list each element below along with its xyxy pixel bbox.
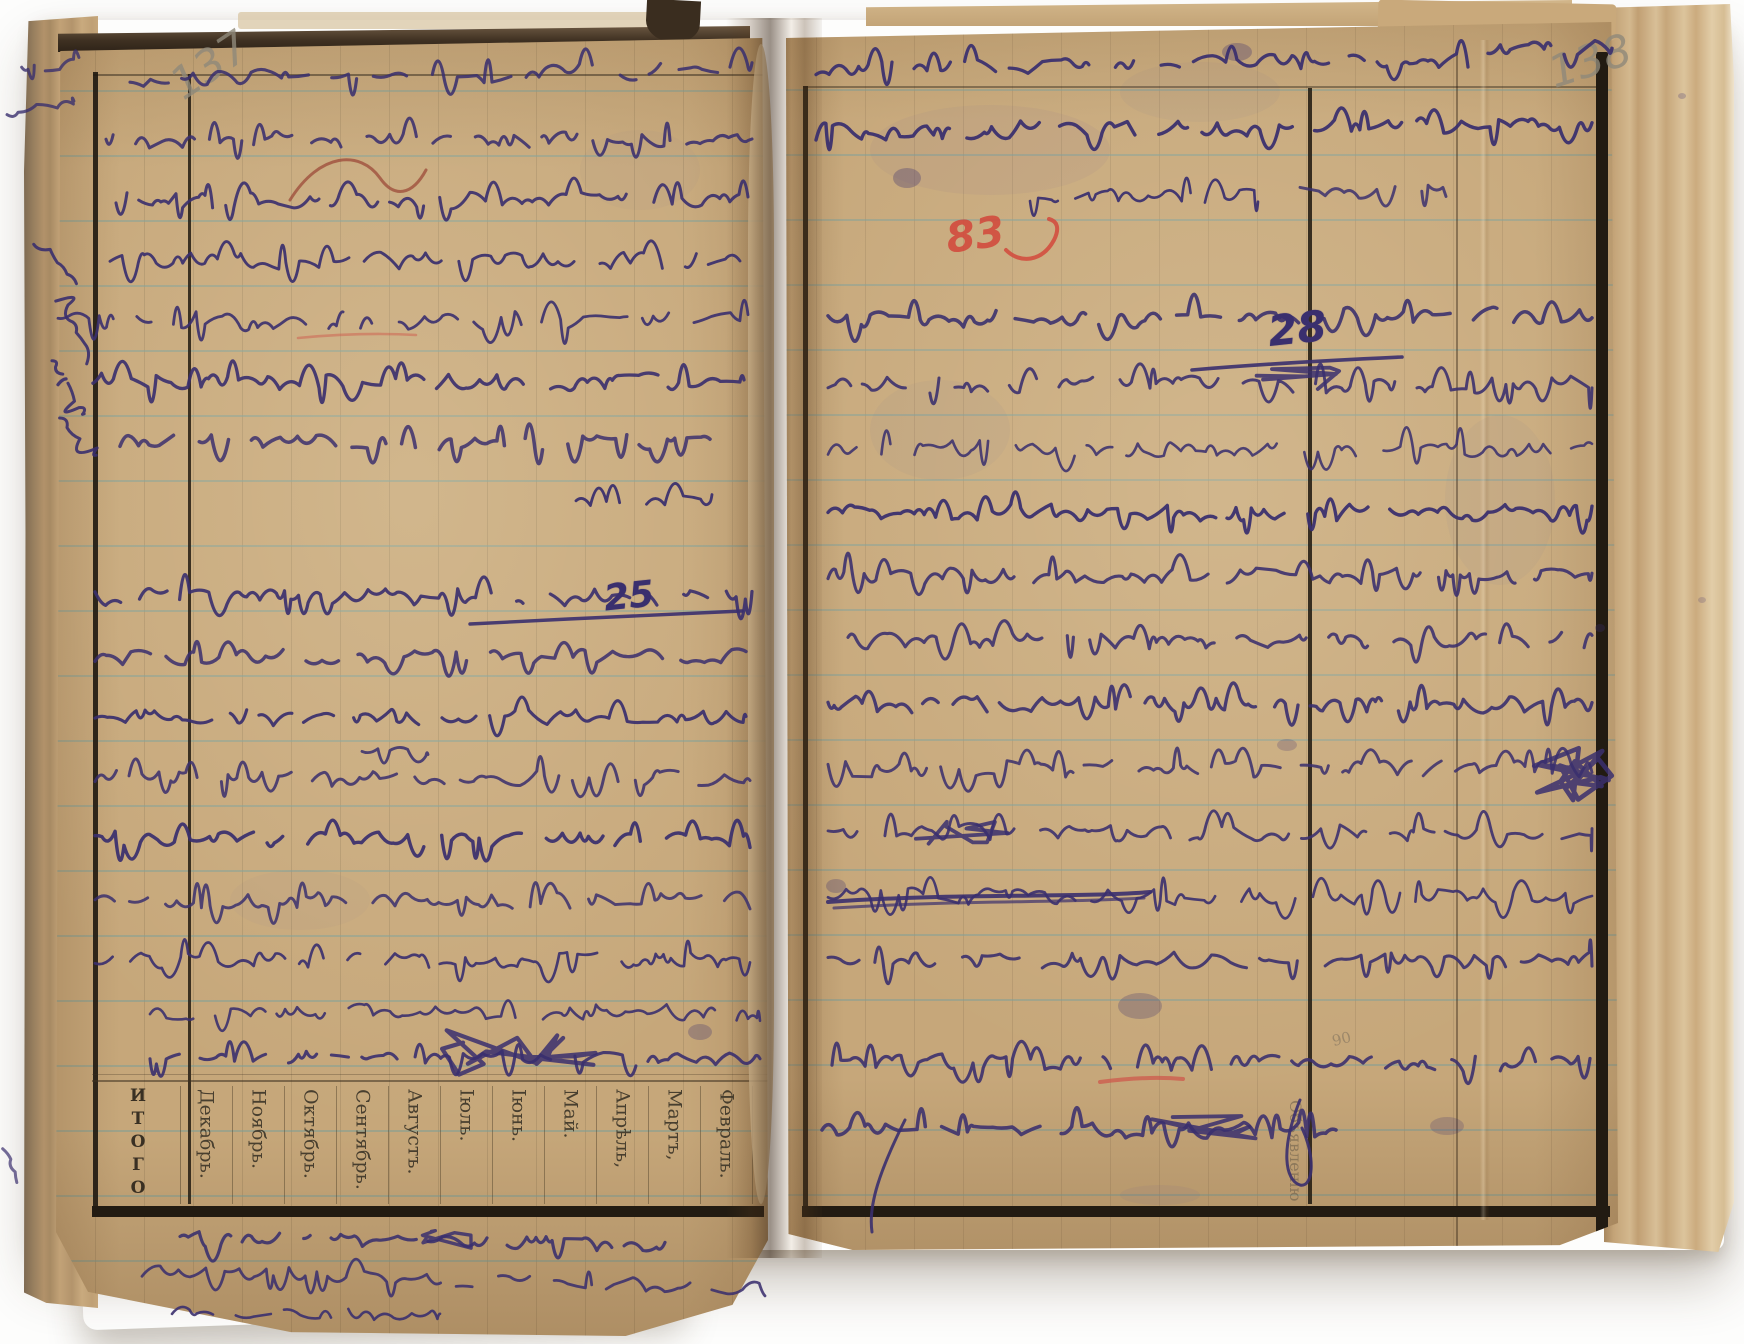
month-cell: Октябрь. — [285, 1086, 337, 1204]
upper-page-edge-sliver — [238, 12, 662, 29]
red-pencil-number: 83 — [943, 206, 1008, 263]
printed-footer-number: 90 — [1330, 1028, 1353, 1050]
left-page-inner-rule — [188, 74, 191, 1204]
month-label: Апрѣль, — [612, 1089, 634, 1168]
month-label: Сентябрь. — [352, 1089, 374, 1190]
left-page-outer-rule — [93, 72, 98, 1206]
month-label: Декабрь. — [196, 1089, 218, 1179]
month-label: Февраль. — [716, 1089, 738, 1179]
right-page-bottom-rule — [802, 1206, 1610, 1217]
month-label: Май. — [560, 1089, 582, 1139]
months-row-topline-faint — [92, 1074, 798, 1075]
handwriting-line — [3, 1147, 18, 1184]
month-cell: Сентябрь. — [337, 1086, 389, 1204]
months-row-topline — [92, 1080, 798, 1082]
right-page: Объявленію 90 — [786, 22, 1618, 1250]
month-cell: Мартъ, — [649, 1086, 701, 1204]
printed-footer-label: Объявленію — [1286, 1100, 1305, 1212]
gutter-torn-strip — [748, 44, 774, 1204]
month-label: Октябрь. — [300, 1089, 322, 1179]
right-page-top-rule — [803, 86, 1603, 88]
month-cell: Ноябрь. — [233, 1086, 285, 1204]
month-cell: Февраль. — [701, 1086, 753, 1204]
ink-day-number-28: 28 — [1266, 301, 1329, 356]
month-label: Ноябрь. — [248, 1089, 270, 1169]
month-label: Мартъ, — [664, 1089, 686, 1161]
month-label: Іюнь. — [508, 1089, 530, 1142]
ledger-total-cell: ИТОГО — [96, 1086, 180, 1204]
left-page-bottom-rule — [92, 1206, 764, 1217]
month-cell: Августъ. — [389, 1086, 441, 1204]
month-cell: Декабрь. — [181, 1086, 233, 1204]
month-label: Іюль. — [456, 1089, 478, 1142]
ink-day-number-25: 25 — [602, 573, 656, 619]
right-page-outer-rule — [1596, 52, 1608, 1238]
ledger-total-label: ИТОГО — [128, 1086, 148, 1201]
month-label: Августъ. — [404, 1089, 426, 1175]
month-cell: Май. — [545, 1086, 597, 1204]
month-cell: Іюнь. — [493, 1086, 545, 1204]
right-page-column-rule — [1308, 88, 1312, 1204]
month-cell: Апрѣль, — [597, 1086, 649, 1204]
diary-scan: ИТОГО Декабрь.Ноябрь.Октябрь.Сентябрь.Ав… — [0, 0, 1744, 1344]
month-cell: Іюль. — [441, 1086, 493, 1204]
left-page: ИТОГО Декабрь.Ноябрь.Октябрь.Сентябрь.Ав… — [56, 38, 768, 1336]
page-stack-right-edge — [1604, 4, 1734, 1252]
right-page-gutter-rule — [803, 86, 808, 1206]
ledger-months-row: Декабрь.Ноябрь.Октябрь.Сентябрь.Августъ.… — [180, 1086, 803, 1204]
right-page-crease-line — [1456, 52, 1458, 1252]
